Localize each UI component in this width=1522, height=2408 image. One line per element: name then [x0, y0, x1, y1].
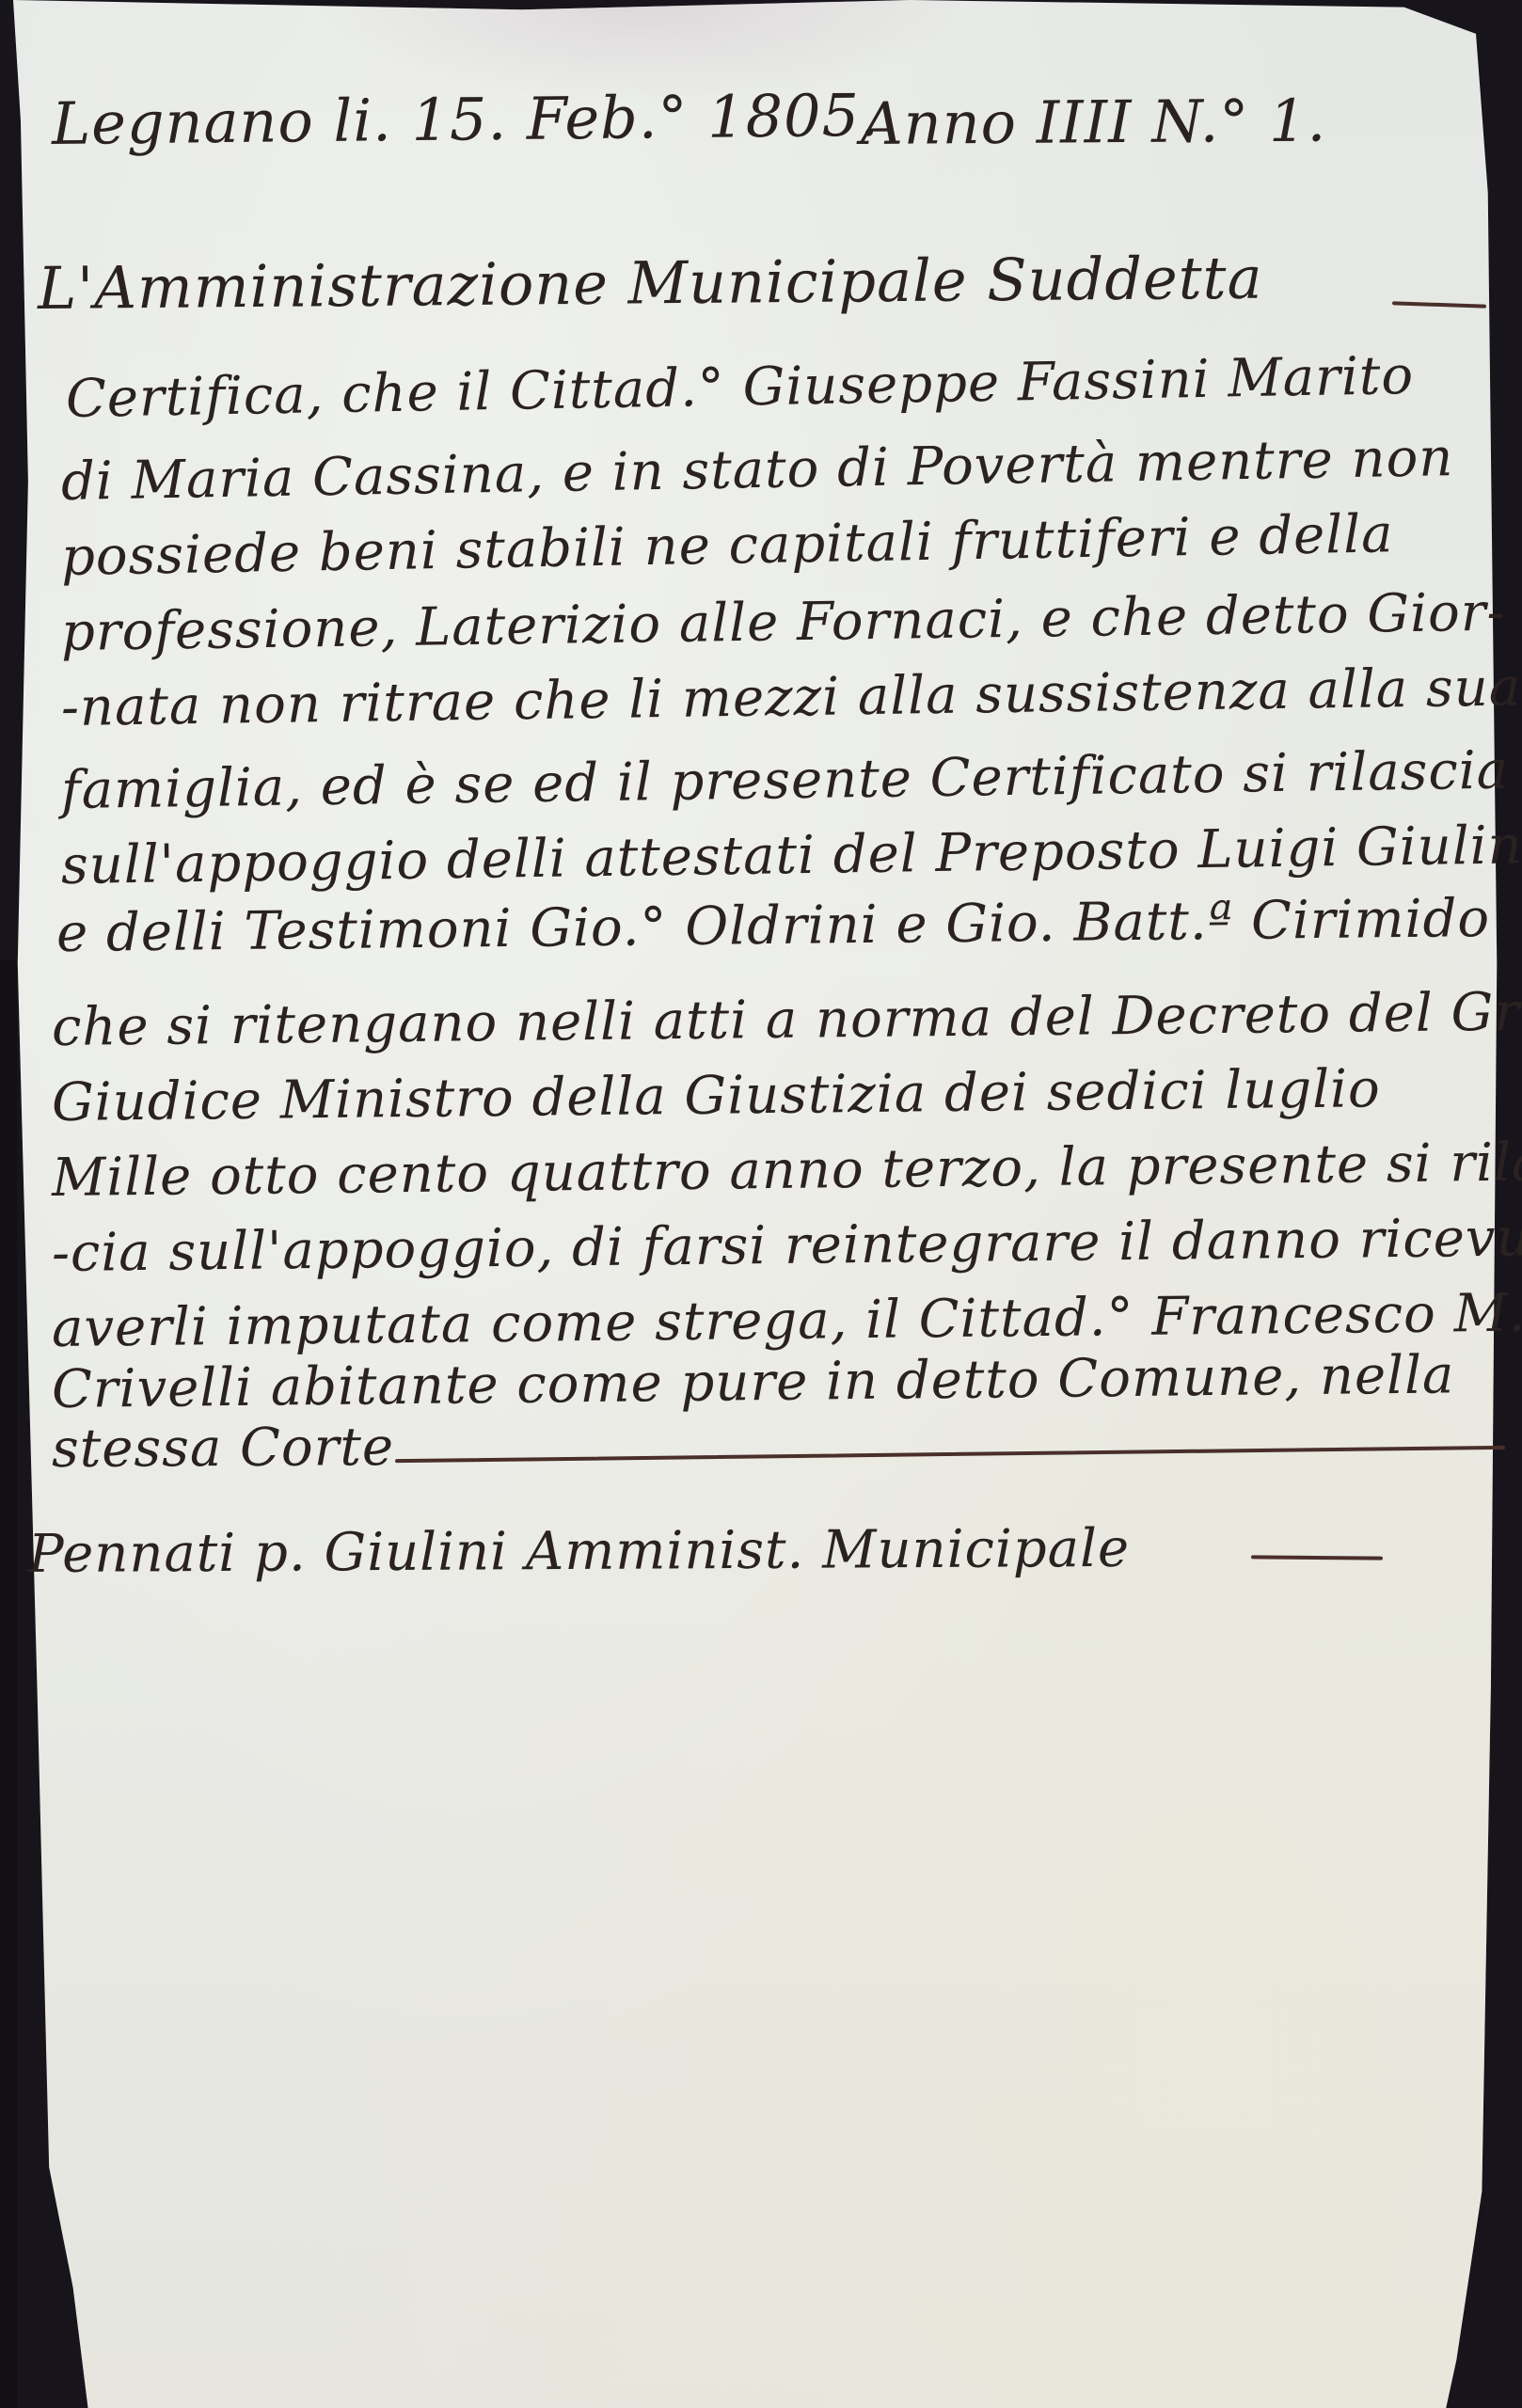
background-shadow [0, 959, 17, 2408]
header-place-date: Legnano li. 15. Feb.° 1805. [52, 81, 880, 158]
signature: Pennati p. Giulini Amminist. Municipale [28, 1518, 1130, 1585]
body-line-15: stessa Corte [52, 1417, 394, 1480]
document-title: L'Amministrazione Municipale Suddetta [38, 244, 1263, 323]
header-reference: Anno IIII N.° 1. [861, 87, 1327, 158]
